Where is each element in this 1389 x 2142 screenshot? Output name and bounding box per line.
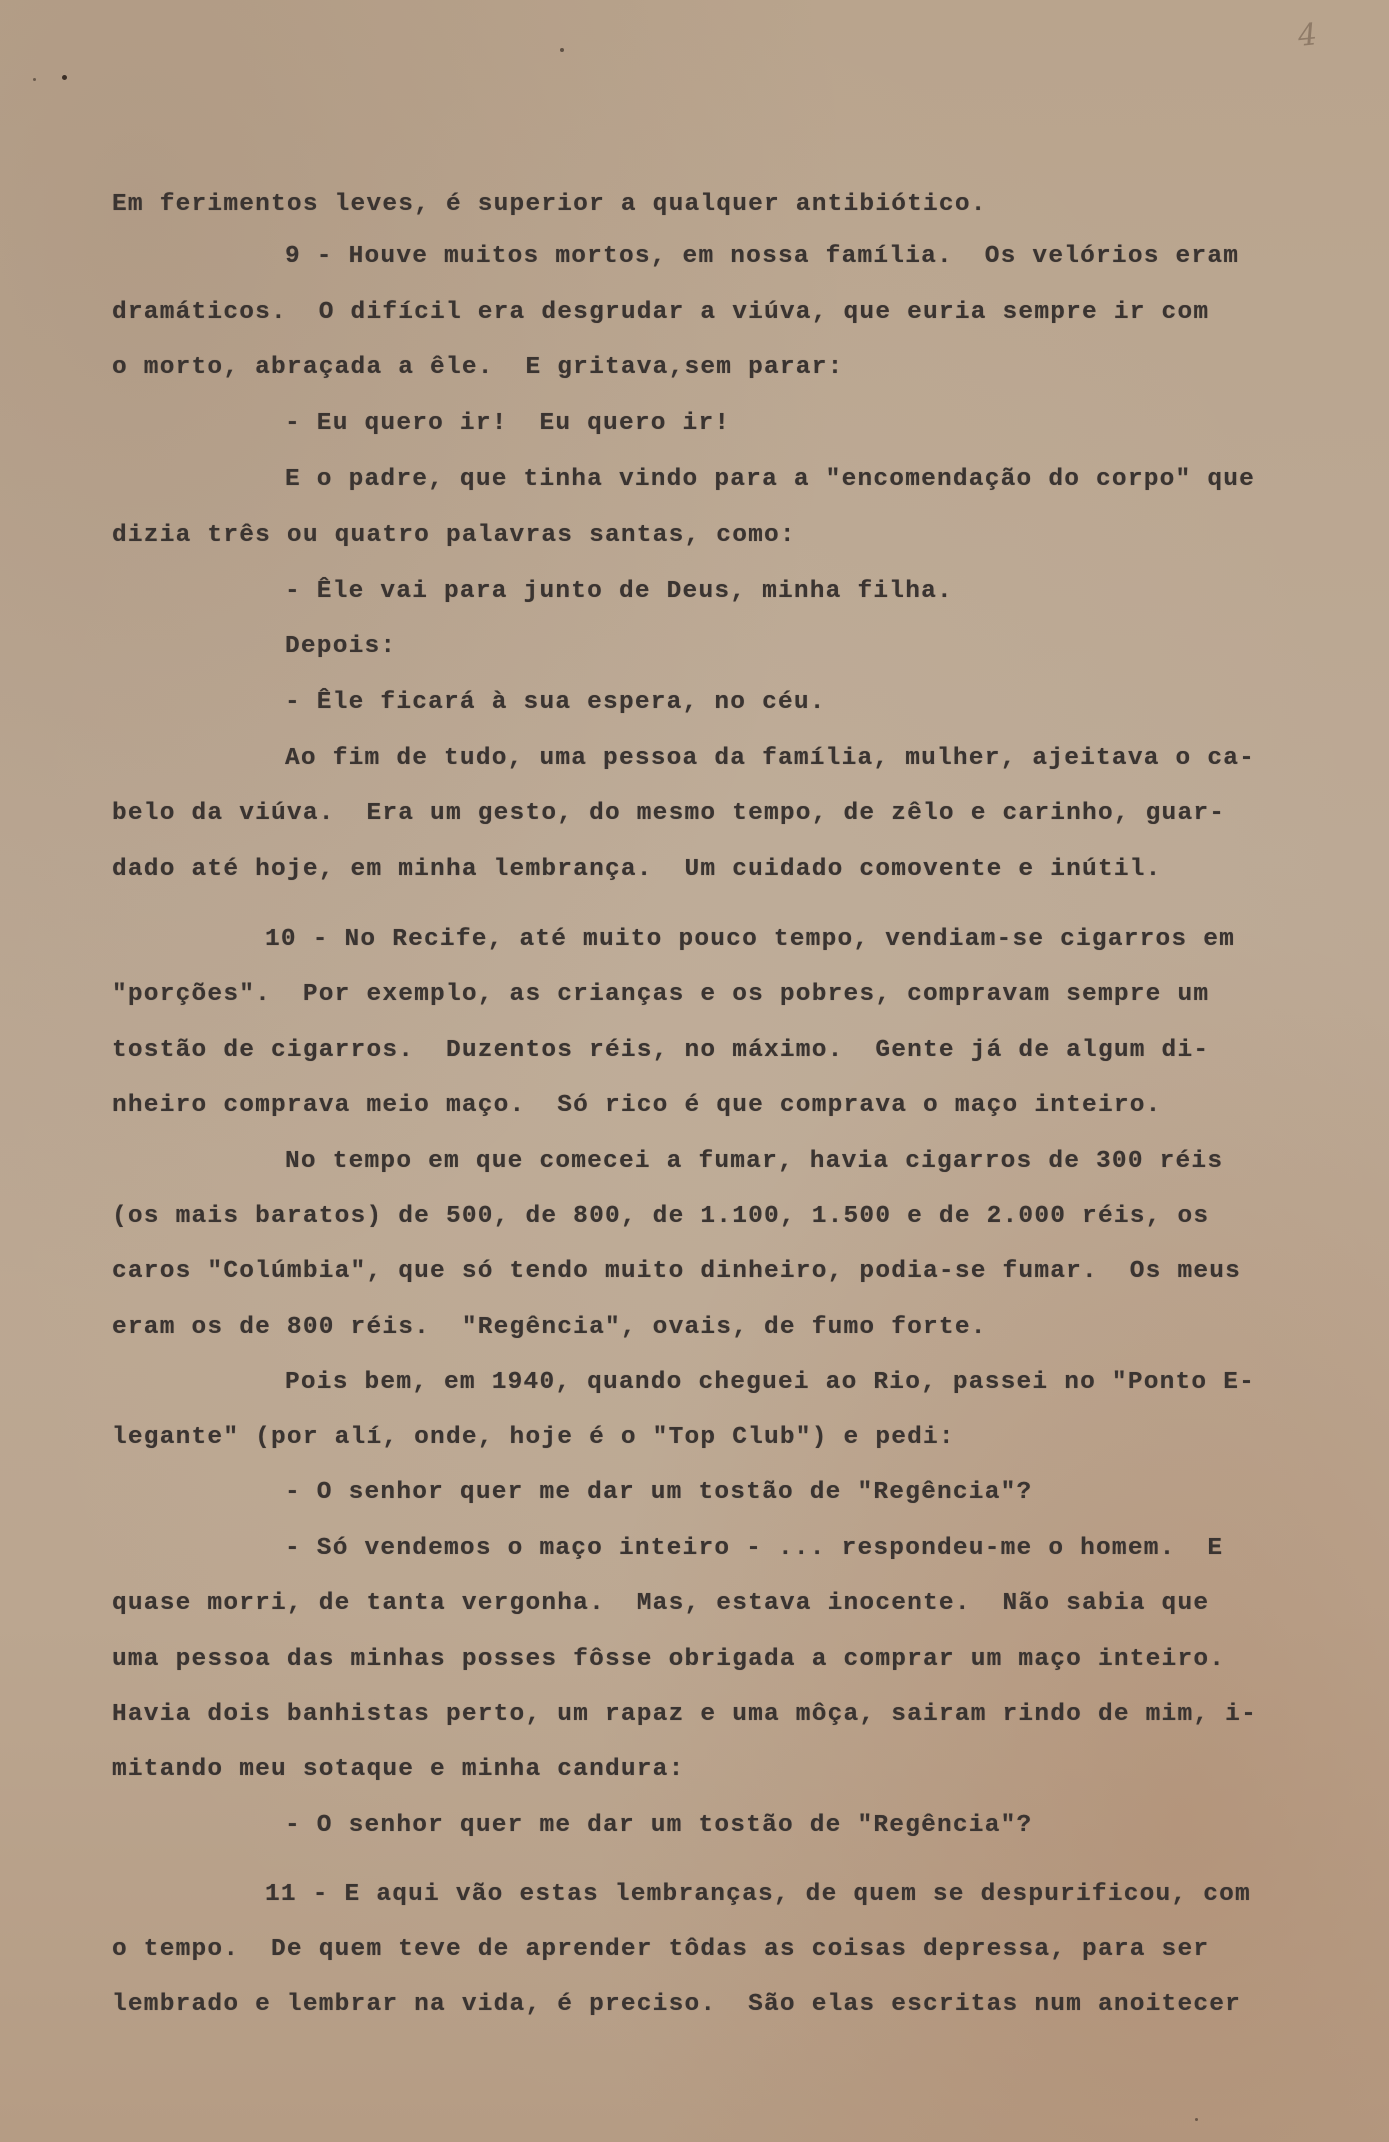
text-line-13: dado até hoje, em minha lembrança. Um cu…	[112, 855, 1162, 885]
paper-speck	[33, 78, 36, 81]
text-line-29: mitando meu sotaque e minha candura:	[112, 1755, 685, 1785]
text-line-07: dizia três ou quatro palavras santas, co…	[112, 521, 796, 551]
text-line-27: uma pessoa das minhas posses fôsse obrig…	[112, 1645, 1225, 1675]
text-line-17: nheiro comprava meio maço. Só rico é que…	[112, 1091, 1162, 1121]
text-line-33: lembrado e lembrar na vida, é preciso. S…	[112, 1990, 1241, 2020]
text-line-18: No tempo em que comecei a fumar, havia c…	[285, 1147, 1223, 1177]
text-line-26: quase morri, de tanta vergonha. Mas, est…	[112, 1589, 1209, 1619]
dialogue-line: - Eu quero ir! Eu quero ir!	[285, 409, 730, 439]
paper-speck	[62, 75, 67, 80]
text-line-06: E o padre, que tinha vindo para a "encom…	[285, 465, 1255, 495]
text-line-32: o tempo. De quem teve de aprender tôdas …	[112, 1935, 1209, 1965]
dialogue-line: - O senhor quer me dar um tostão de "Reg…	[285, 1478, 1032, 1508]
paragraph-11-first-line: 11 - E aqui vão estas lembranças, de que…	[265, 1880, 1251, 1910]
text-line-21: eram os de 800 réis. "Regência", ovais, …	[112, 1313, 987, 1343]
text-line-11: Ao fim de tudo, uma pessoa da família, m…	[285, 744, 1255, 774]
paper-speck	[1195, 2118, 1198, 2121]
text-line-23: legante" (por alí, onde, hoje é o "Top C…	[112, 1423, 955, 1453]
dialogue-line: - Êle ficará à sua espera, no céu.	[285, 688, 826, 718]
typewritten-page: 4 Em ferimentos leves, é superior a qual…	[0, 0, 1389, 2142]
text-line-01: Em ferimentos leves, é superior a qualqu…	[112, 190, 987, 220]
text-line-19: (os mais baratos) de 500, de 800, de 1.1…	[112, 1202, 1209, 1232]
text-line-12: belo da viúva. Era um gesto, do mesmo te…	[112, 799, 1225, 829]
text-line-09: Depois:	[285, 632, 396, 662]
text-line-16: tostão de cigarros. Duzentos réis, no má…	[112, 1036, 1209, 1066]
paper-speck	[560, 48, 564, 52]
text-line-28: Havia dois banhistas perto, um rapaz e u…	[112, 1700, 1257, 1730]
text-line-22: Pois bem, em 1940, quando cheguei ao Rio…	[285, 1368, 1255, 1398]
paragraph-10-first-line: 10 - No Recife, até muito pouco tempo, v…	[265, 925, 1235, 955]
text-line-03: dramáticos. O difícil era desgrudar a vi…	[112, 298, 1209, 328]
dialogue-line: - Só vendemos o maço inteiro - ... respo…	[285, 1534, 1223, 1564]
text-line-15: "porções". Por exemplo, as crianças e os…	[112, 980, 1209, 1010]
dialogue-line: - Êle vai para junto de Deus, minha filh…	[285, 577, 953, 607]
handwritten-page-number: 4	[1296, 17, 1319, 54]
paragraph-9-first-line: 9 - Houve muitos mortos, em nossa famíli…	[285, 242, 1239, 272]
text-line-04: o morto, abraçada a êle. E gritava,sem p…	[112, 353, 844, 383]
dialogue-line: - O senhor quer me dar um tostão de "Reg…	[285, 1811, 1032, 1841]
text-line-20: caros "Colúmbia", que só tendo muito din…	[112, 1257, 1241, 1287]
